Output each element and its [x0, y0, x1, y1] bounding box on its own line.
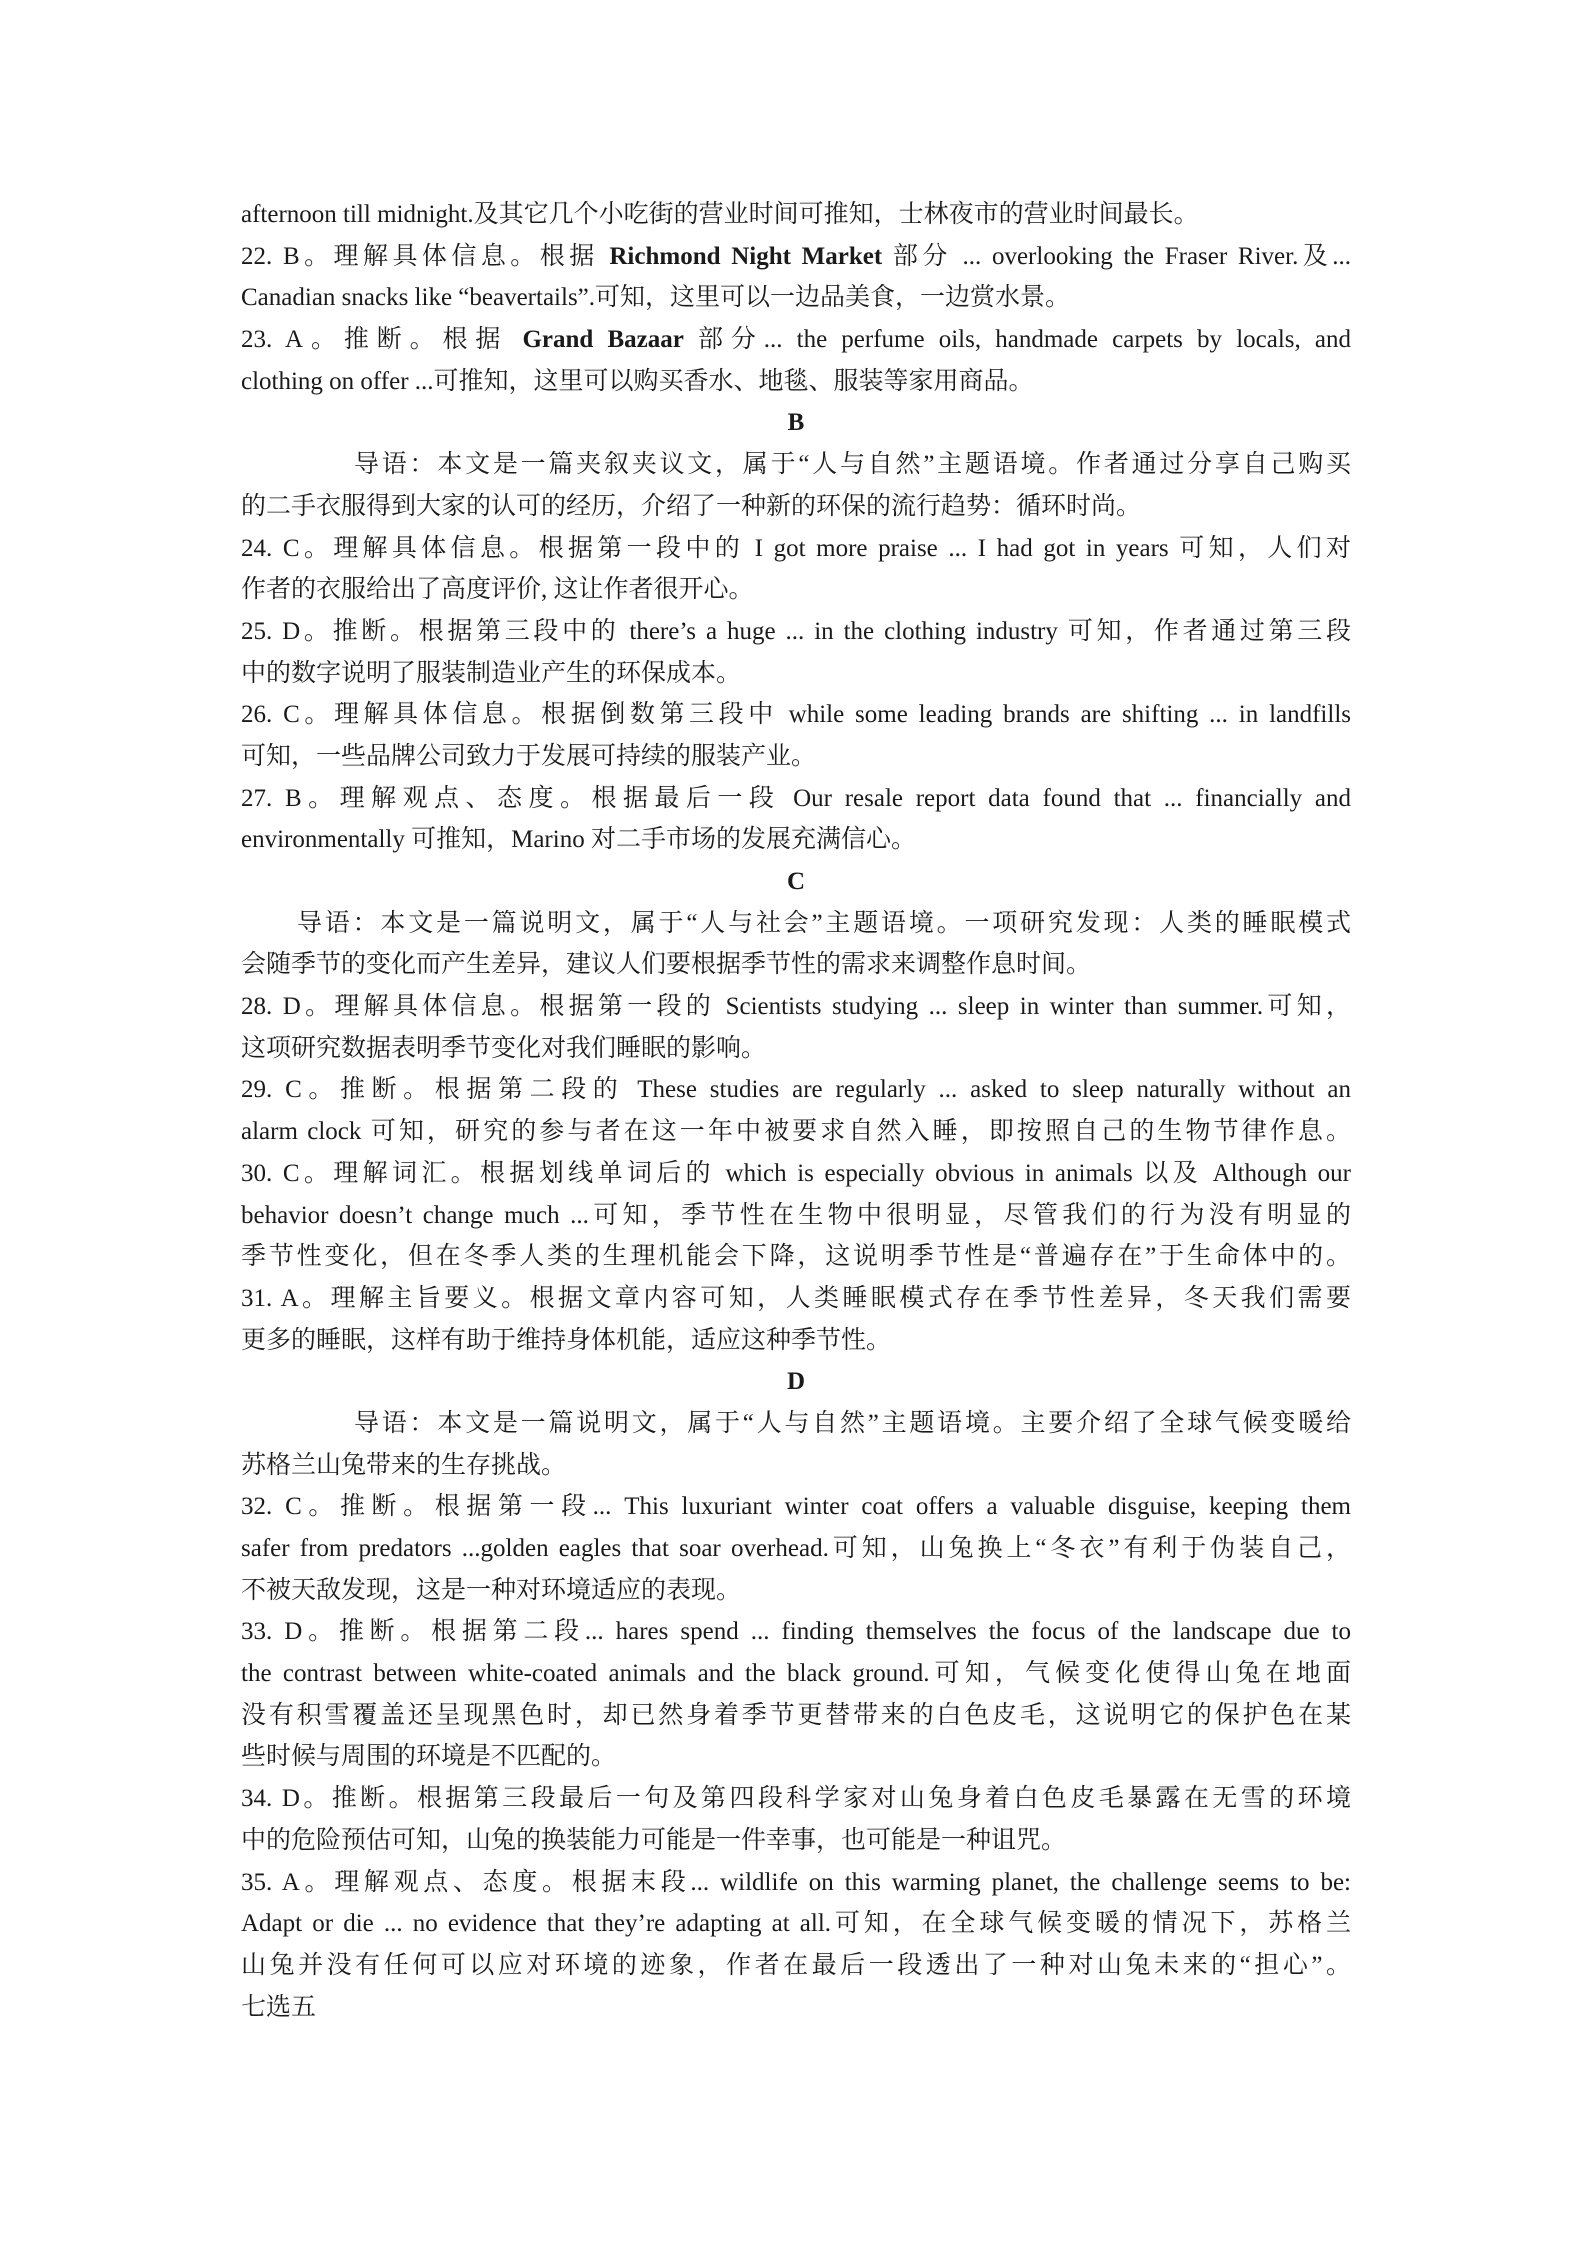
q24-line-2: 作者的衣服给出了高度评价, 这让作者很开心。 [241, 569, 1351, 611]
answer-key-page: afternoon till midnight.及其它几个小吃街的营业时间可推知… [241, 194, 1351, 2028]
q35-line-2: Adapt or die ... no evidence that they’r… [241, 1903, 1351, 1945]
q26-line-2: 可知，一些品牌公司致力于发展可持续的服装产业。 [241, 736, 1351, 778]
q23-line-2: clothing on offer ...可推知，这里可以购买香水、地毯、服装等… [241, 361, 1351, 403]
q28-line-2: 这项研究数据表明季节变化对我们睡眠的影响。 [241, 1028, 1351, 1070]
q30-line-1: 30. C。理解词汇。根据划线单词后的 which is especially … [241, 1153, 1351, 1195]
section-c-heading: C [241, 861, 1351, 903]
q31-line-1: 31. A。理解主旨要义。根据文章内容可知，人类睡眠模式存在季节性差异，冬天我们… [241, 1278, 1351, 1320]
q32-line-3: 不被天敌发现，这是一种对环境适应的表现。 [241, 1570, 1351, 1612]
q35-line-1: 35. A。理解观点、态度。根据末段... wildlife on this w… [241, 1862, 1351, 1904]
q21-continuation: afternoon till midnight.及其它几个小吃街的营业时间可推知… [241, 194, 1351, 236]
q28-line-1: 28. D。理解具体信息。根据第一段的 Scientists studying … [241, 986, 1351, 1028]
section-d-intro-2: 苏格兰山兔带来的生存挑战。 [241, 1445, 1351, 1487]
q25-line-2: 中的数字说明了服装制造业产生的环保成本。 [241, 653, 1351, 695]
q25-line-1: 25. D。推断。根据第三段中的 there’s a huge ... in t… [241, 611, 1351, 653]
q34-line-1: 34. D。推断。根据第三段最后一句及第四段科学家对山兔身着白色皮毛暴露在无雪的… [241, 1778, 1351, 1820]
q30-line-3: 季节性变化，但在冬季人类的生理机能会下降，这说明季节性是“普遍存在”于生命体中的… [241, 1236, 1351, 1278]
q23-suffix: 部分... the perfume oils, handmade carpets… [684, 326, 1351, 353]
q27-line-1: 27. B。理解观点、态度。根据最后一段 Our resale report d… [241, 778, 1351, 820]
q22-suffix: 部分 ... overlooking the Fraser River.及... [882, 243, 1351, 270]
q23-bold-term: Grand Bazaar [522, 326, 683, 353]
q33-line-2: the contrast between white-coated animal… [241, 1653, 1351, 1695]
q22-prefix: 22. B。理解具体信息。根据 [241, 243, 609, 270]
q29-line-1: 29. C。推断。根据第二段的 These studies are regula… [241, 1069, 1351, 1111]
q32-line-1: 32. C。推断。根据第一段... This luxuriant winter … [241, 1486, 1351, 1528]
q30-line-2: behavior doesn’t change much ...可知，季节性在生… [241, 1195, 1351, 1237]
section-d-intro-1: 导语：本文是一篇说明文，属于“人与自然”主题语境。主要介绍了全球气候变暖给 [241, 1403, 1351, 1445]
q32-line-2: safer from predators ...golden eagles th… [241, 1528, 1351, 1570]
q33-line-1: 33. D。推断。根据第二段... hares spend ... findin… [241, 1611, 1351, 1653]
section-c-intro-2: 会随季节的变化而产生差异，建议人们要根据季节性的需求来调整作息时间。 [241, 944, 1351, 986]
q23-line-1: 23. A。推断。根据 Grand Bazaar 部分... the perfu… [241, 319, 1351, 361]
section-b-intro-2: 的二手衣服得到大家的认可的经历，介绍了一种新的环保的流行趋势：循环时尚。 [241, 486, 1351, 528]
q33-line-4: 些时候与周围的环境是不匹配的。 [241, 1736, 1351, 1778]
q22-line-1: 22. B。理解具体信息。根据 Richmond Night Market 部分… [241, 236, 1351, 278]
q27-line-2: environmentally 可推知，Marino 对二手市场的发展充满信心。 [241, 819, 1351, 861]
q24-line-1: 24. C。理解具体信息。根据第一段中的 I got more praise .… [241, 528, 1351, 570]
section-c-intro-1: 导语：本文是一篇说明文，属于“人与社会”主题语境。一项研究发现：人类的睡眠模式 [241, 903, 1351, 945]
section-b-intro-1: 导语：本文是一篇夹叙夹议文，属于“人与自然”主题语境。作者通过分享自己购买 [241, 444, 1351, 486]
q35-line-3: 山兔并没有任何可以应对环境的迹象，作者在最后一段透出了一种对山兔未来的“担心”。 [241, 1945, 1351, 1987]
q29-line-2: alarm clock 可知，研究的参与者在这一年中被要求自然入睡，即按照自己的… [241, 1111, 1351, 1153]
q31-line-2: 更多的睡眠，这样有助于维持身体机能，适应这种季节性。 [241, 1320, 1351, 1362]
q33-line-3: 没有积雪覆盖还呈现黑色时，却已然身着季节更替带来的白色皮毛，这说明它的保护色在某 [241, 1695, 1351, 1737]
q22-bold-term: Richmond Night Market [609, 243, 882, 270]
q23-prefix: 23. A。推断。根据 [241, 326, 522, 353]
next-section-label: 七选五 [241, 1987, 1351, 2029]
section-b-heading: B [241, 402, 1351, 444]
q22-line-2: Canadian snacks like “beavertails”.可知，这里… [241, 277, 1351, 319]
q34-line-2: 中的危险预估可知，山兔的换装能力可能是一件幸事，也可能是一种诅咒。 [241, 1820, 1351, 1862]
section-d-heading: D [241, 1361, 1351, 1403]
q26-line-1: 26. C。理解具体信息。根据倒数第三段中 while some leading… [241, 694, 1351, 736]
